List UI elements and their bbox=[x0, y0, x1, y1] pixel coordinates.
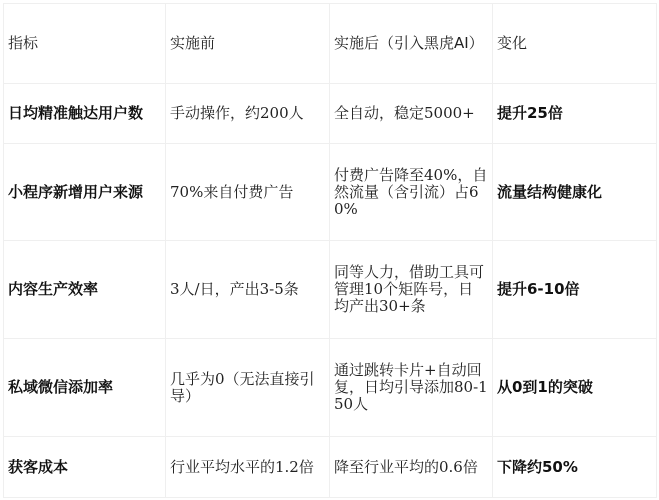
after-cell: 降至行业平均的0.6倍 bbox=[330, 437, 493, 498]
metric-cell: 内容生产效率 bbox=[4, 241, 166, 339]
before-cell: 3人/日，产出3-5条 bbox=[166, 241, 330, 339]
before-cell: 70%来自付费广告 bbox=[166, 144, 330, 241]
table-row: 小程序新增用户来源 70%来自付费广告 付费广告降至40%，自然流量（含引流）占… bbox=[4, 144, 657, 241]
change-cell: 从0到1的突破 bbox=[493, 339, 657, 437]
before-cell: 行业平均水平的1.2倍 bbox=[166, 437, 330, 498]
after-cell: 付费广告降至40%，自然流量（含引流）占60% bbox=[330, 144, 493, 241]
change-cell: 提升6-10倍 bbox=[493, 241, 657, 339]
metric-cell: 日均精准触达用户数 bbox=[4, 84, 166, 144]
table-header-row: 指标 实施前 实施后（引入黑虎AI） 变化 bbox=[4, 4, 657, 84]
table-row: 日均精准触达用户数 手动操作，约200人 全自动，稳定5000+ 提升25倍 bbox=[4, 84, 657, 144]
header-metric: 指标 bbox=[4, 4, 166, 84]
metric-cell: 小程序新增用户来源 bbox=[4, 144, 166, 241]
header-change: 变化 bbox=[493, 4, 657, 84]
table-row: 内容生产效率 3人/日，产出3-5条 同等人力，借助工具可管理10个矩阵号，日均… bbox=[4, 241, 657, 339]
metric-cell: 获客成本 bbox=[4, 437, 166, 498]
after-cell: 全自动，稳定5000+ bbox=[330, 84, 493, 144]
after-cell: 通过跳转卡片+自动回复，日均引导添加80-150人 bbox=[330, 339, 493, 437]
table-row: 获客成本 行业平均水平的1.2倍 降至行业平均的0.6倍 下降约50% bbox=[4, 437, 657, 498]
change-cell: 提升25倍 bbox=[493, 84, 657, 144]
change-cell: 流量结构健康化 bbox=[493, 144, 657, 241]
comparison-table: 指标 实施前 实施后（引入黑虎AI） 变化 日均精准触达用户数 手动操作，约20… bbox=[3, 3, 657, 498]
after-cell: 同等人力，借助工具可管理10个矩阵号，日均产出30+条 bbox=[330, 241, 493, 339]
table-row: 私域微信添加率 几乎为0（无法直接引导） 通过跳转卡片+自动回复，日均引导添加8… bbox=[4, 339, 657, 437]
header-before: 实施前 bbox=[166, 4, 330, 84]
before-cell: 手动操作，约200人 bbox=[166, 84, 330, 144]
header-after: 实施后（引入黑虎AI） bbox=[330, 4, 493, 84]
metric-cell: 私域微信添加率 bbox=[4, 339, 166, 437]
before-cell: 几乎为0（无法直接引导） bbox=[166, 339, 330, 437]
change-cell: 下降约50% bbox=[493, 437, 657, 498]
